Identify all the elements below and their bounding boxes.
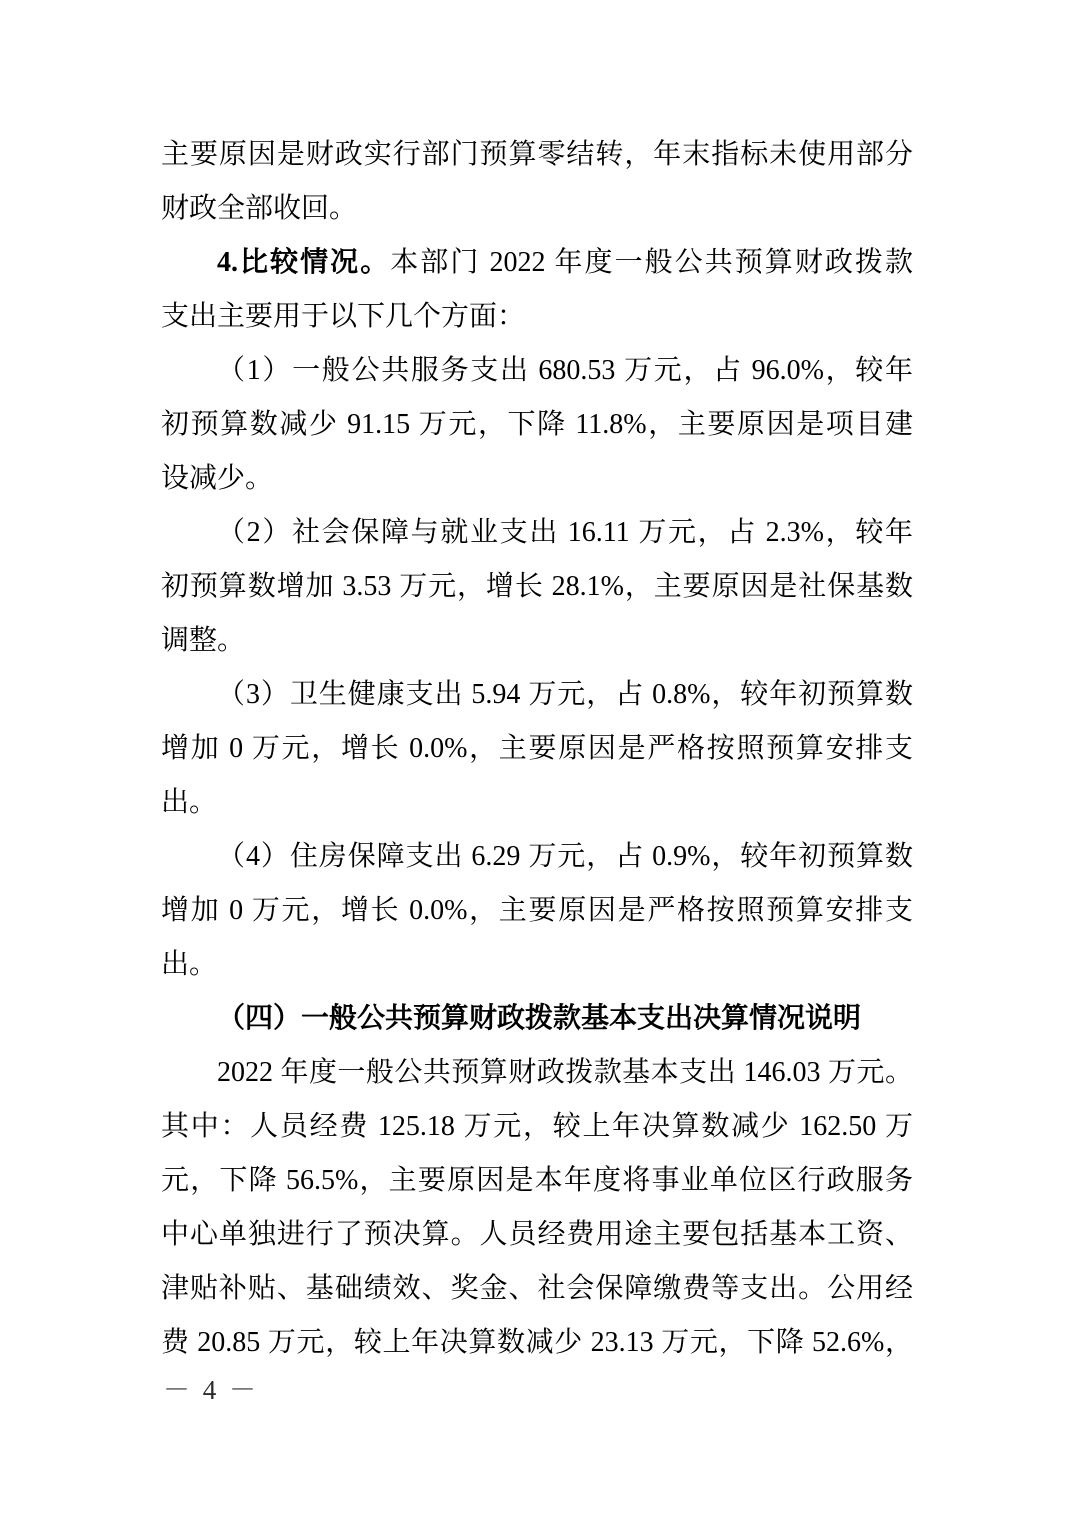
text-line: （2）社会保障与就业支出 16.11 万元，占 2.3%，较年 — [161, 506, 913, 560]
body-text: 初预算数减少 91.15 万元，下降 11.8%，主要原因是项目建 — [161, 409, 913, 440]
text-line: 财政全部收回。 — [161, 182, 913, 236]
bold-text: （四）一般公共预算财政拨款基本支出决算情况说明 — [217, 1003, 861, 1034]
text-line: （1）一般公共服务支出 680.53 万元，占 96.0%，较年 — [161, 344, 913, 398]
body-text: 增加 0 万元，增长 0.0%，主要原因是严格按照预算安排支 — [161, 895, 913, 926]
text-line: 调整。 — [161, 614, 913, 668]
body-text: 其中：人员经费 125.18 万元，较上年决算数减少 162.50 万 — [161, 1111, 913, 1142]
text-line: 初预算数增加 3.53 万元，增长 28.1%，主要原因是社保基数 — [161, 560, 913, 614]
bold-text: 4.比较情况。 — [217, 247, 390, 278]
body-text: 本部门 2022 年度一般公共预算财政拨款 — [390, 247, 913, 278]
text-line: 设减少。 — [161, 452, 913, 506]
body-text: （2）社会保障与就业支出 16.11 万元，占 2.3%，较年 — [217, 517, 913, 548]
text-line: 出。 — [161, 938, 913, 992]
body-text: 设减少。 — [161, 463, 273, 494]
text-line: 增加 0 万元，增长 0.0%，主要原因是严格按照预算安排支 — [161, 884, 913, 938]
document-page: 主要原因是财政实行部门预算零结转，年末指标未使用部分财政全部收回。4.比较情况。… — [0, 0, 1074, 1520]
body-text: 2022 年度一般公共预算财政拨款基本支出 146.03 万元。 — [217, 1057, 913, 1088]
body-text: 费 20.85 万元，较上年决算数减少 23.13 万元，下降 52.6%， — [161, 1327, 913, 1358]
text-line: 主要原因是财政实行部门预算零结转，年末指标未使用部分 — [161, 128, 913, 182]
paragraph: （4）住房保障支出 6.29 万元，占 0.9%，较年初预算数增加 0 万元，增… — [161, 830, 913, 992]
body-text: 支出主要用于以下几个方面： — [161, 301, 525, 332]
text-line: （四）一般公共预算财政拨款基本支出决算情况说明 — [161, 992, 913, 1046]
body-text: （1）一般公共服务支出 680.53 万元，占 96.0%，较年 — [217, 355, 913, 386]
paragraph: （2）社会保障与就业支出 16.11 万元，占 2.3%，较年初预算数增加 3.… — [161, 506, 913, 668]
page-number: － 4 － — [163, 1363, 259, 1417]
text-line: 4.比较情况。本部门 2022 年度一般公共预算财政拨款 — [161, 236, 913, 290]
body-text: 主要原因是财政实行部门预算零结转，年末指标未使用部分 — [161, 139, 913, 170]
body-text: 出。 — [161, 787, 217, 818]
paragraph: （3）卫生健康支出 5.94 万元，占 0.8%，较年初预算数增加 0 万元，增… — [161, 668, 913, 830]
paragraph: 4.比较情况。本部门 2022 年度一般公共预算财政拨款支出主要用于以下几个方面… — [161, 236, 913, 344]
paragraph: （四）一般公共预算财政拨款基本支出决算情况说明 — [161, 992, 913, 1046]
body-text: （4）住房保障支出 6.29 万元，占 0.9%，较年初预算数 — [217, 841, 913, 872]
body-text: 中心单独进行了预决算。人员经费用途主要包括基本工资、 — [161, 1219, 913, 1250]
paragraph: 2022 年度一般公共预算财政拨款基本支出 146.03 万元。其中：人员经费 … — [161, 1046, 913, 1370]
text-line: 中心单独进行了预决算。人员经费用途主要包括基本工资、 — [161, 1208, 913, 1262]
text-line: 费 20.85 万元，较上年决算数减少 23.13 万元，下降 52.6%， — [161, 1316, 913, 1370]
paragraph: 主要原因是财政实行部门预算零结转，年末指标未使用部分财政全部收回。 — [161, 128, 913, 236]
body-text: 津贴补贴、基础绩效、奖金、社会保障缴费等支出。公用经 — [161, 1273, 913, 1304]
body-text: 出。 — [161, 949, 217, 980]
body-text: 财政全部收回。 — [161, 193, 357, 224]
text-line: 其中：人员经费 125.18 万元，较上年决算数减少 162.50 万 — [161, 1100, 913, 1154]
body-text: 增加 0 万元，增长 0.0%，主要原因是严格按照预算安排支 — [161, 733, 913, 764]
text-line: 津贴补贴、基础绩效、奖金、社会保障缴费等支出。公用经 — [161, 1262, 913, 1316]
text-block: 主要原因是财政实行部门预算零结转，年末指标未使用部分财政全部收回。4.比较情况。… — [161, 128, 913, 1370]
text-line: 增加 0 万元，增长 0.0%，主要原因是严格按照预算安排支 — [161, 722, 913, 776]
text-line: 元，下降 56.5%，主要原因是本年度将事业单位区行政服务 — [161, 1154, 913, 1208]
body-text: 调整。 — [161, 625, 245, 656]
text-line: （4）住房保障支出 6.29 万元，占 0.9%，较年初预算数 — [161, 830, 913, 884]
text-line: 2022 年度一般公共预算财政拨款基本支出 146.03 万元。 — [161, 1046, 913, 1100]
body-text: 初预算数增加 3.53 万元，增长 28.1%，主要原因是社保基数 — [161, 571, 913, 602]
paragraph: （1）一般公共服务支出 680.53 万元，占 96.0%，较年初预算数减少 9… — [161, 344, 913, 506]
text-line: 支出主要用于以下几个方面： — [161, 290, 913, 344]
text-line: （3）卫生健康支出 5.94 万元，占 0.8%，较年初预算数 — [161, 668, 913, 722]
text-line: 初预算数减少 91.15 万元，下降 11.8%，主要原因是项目建 — [161, 398, 913, 452]
body-text: 元，下降 56.5%，主要原因是本年度将事业单位区行政服务 — [161, 1165, 913, 1196]
text-line: 出。 — [161, 776, 913, 830]
body-text: （3）卫生健康支出 5.94 万元，占 0.8%，较年初预算数 — [217, 679, 913, 710]
